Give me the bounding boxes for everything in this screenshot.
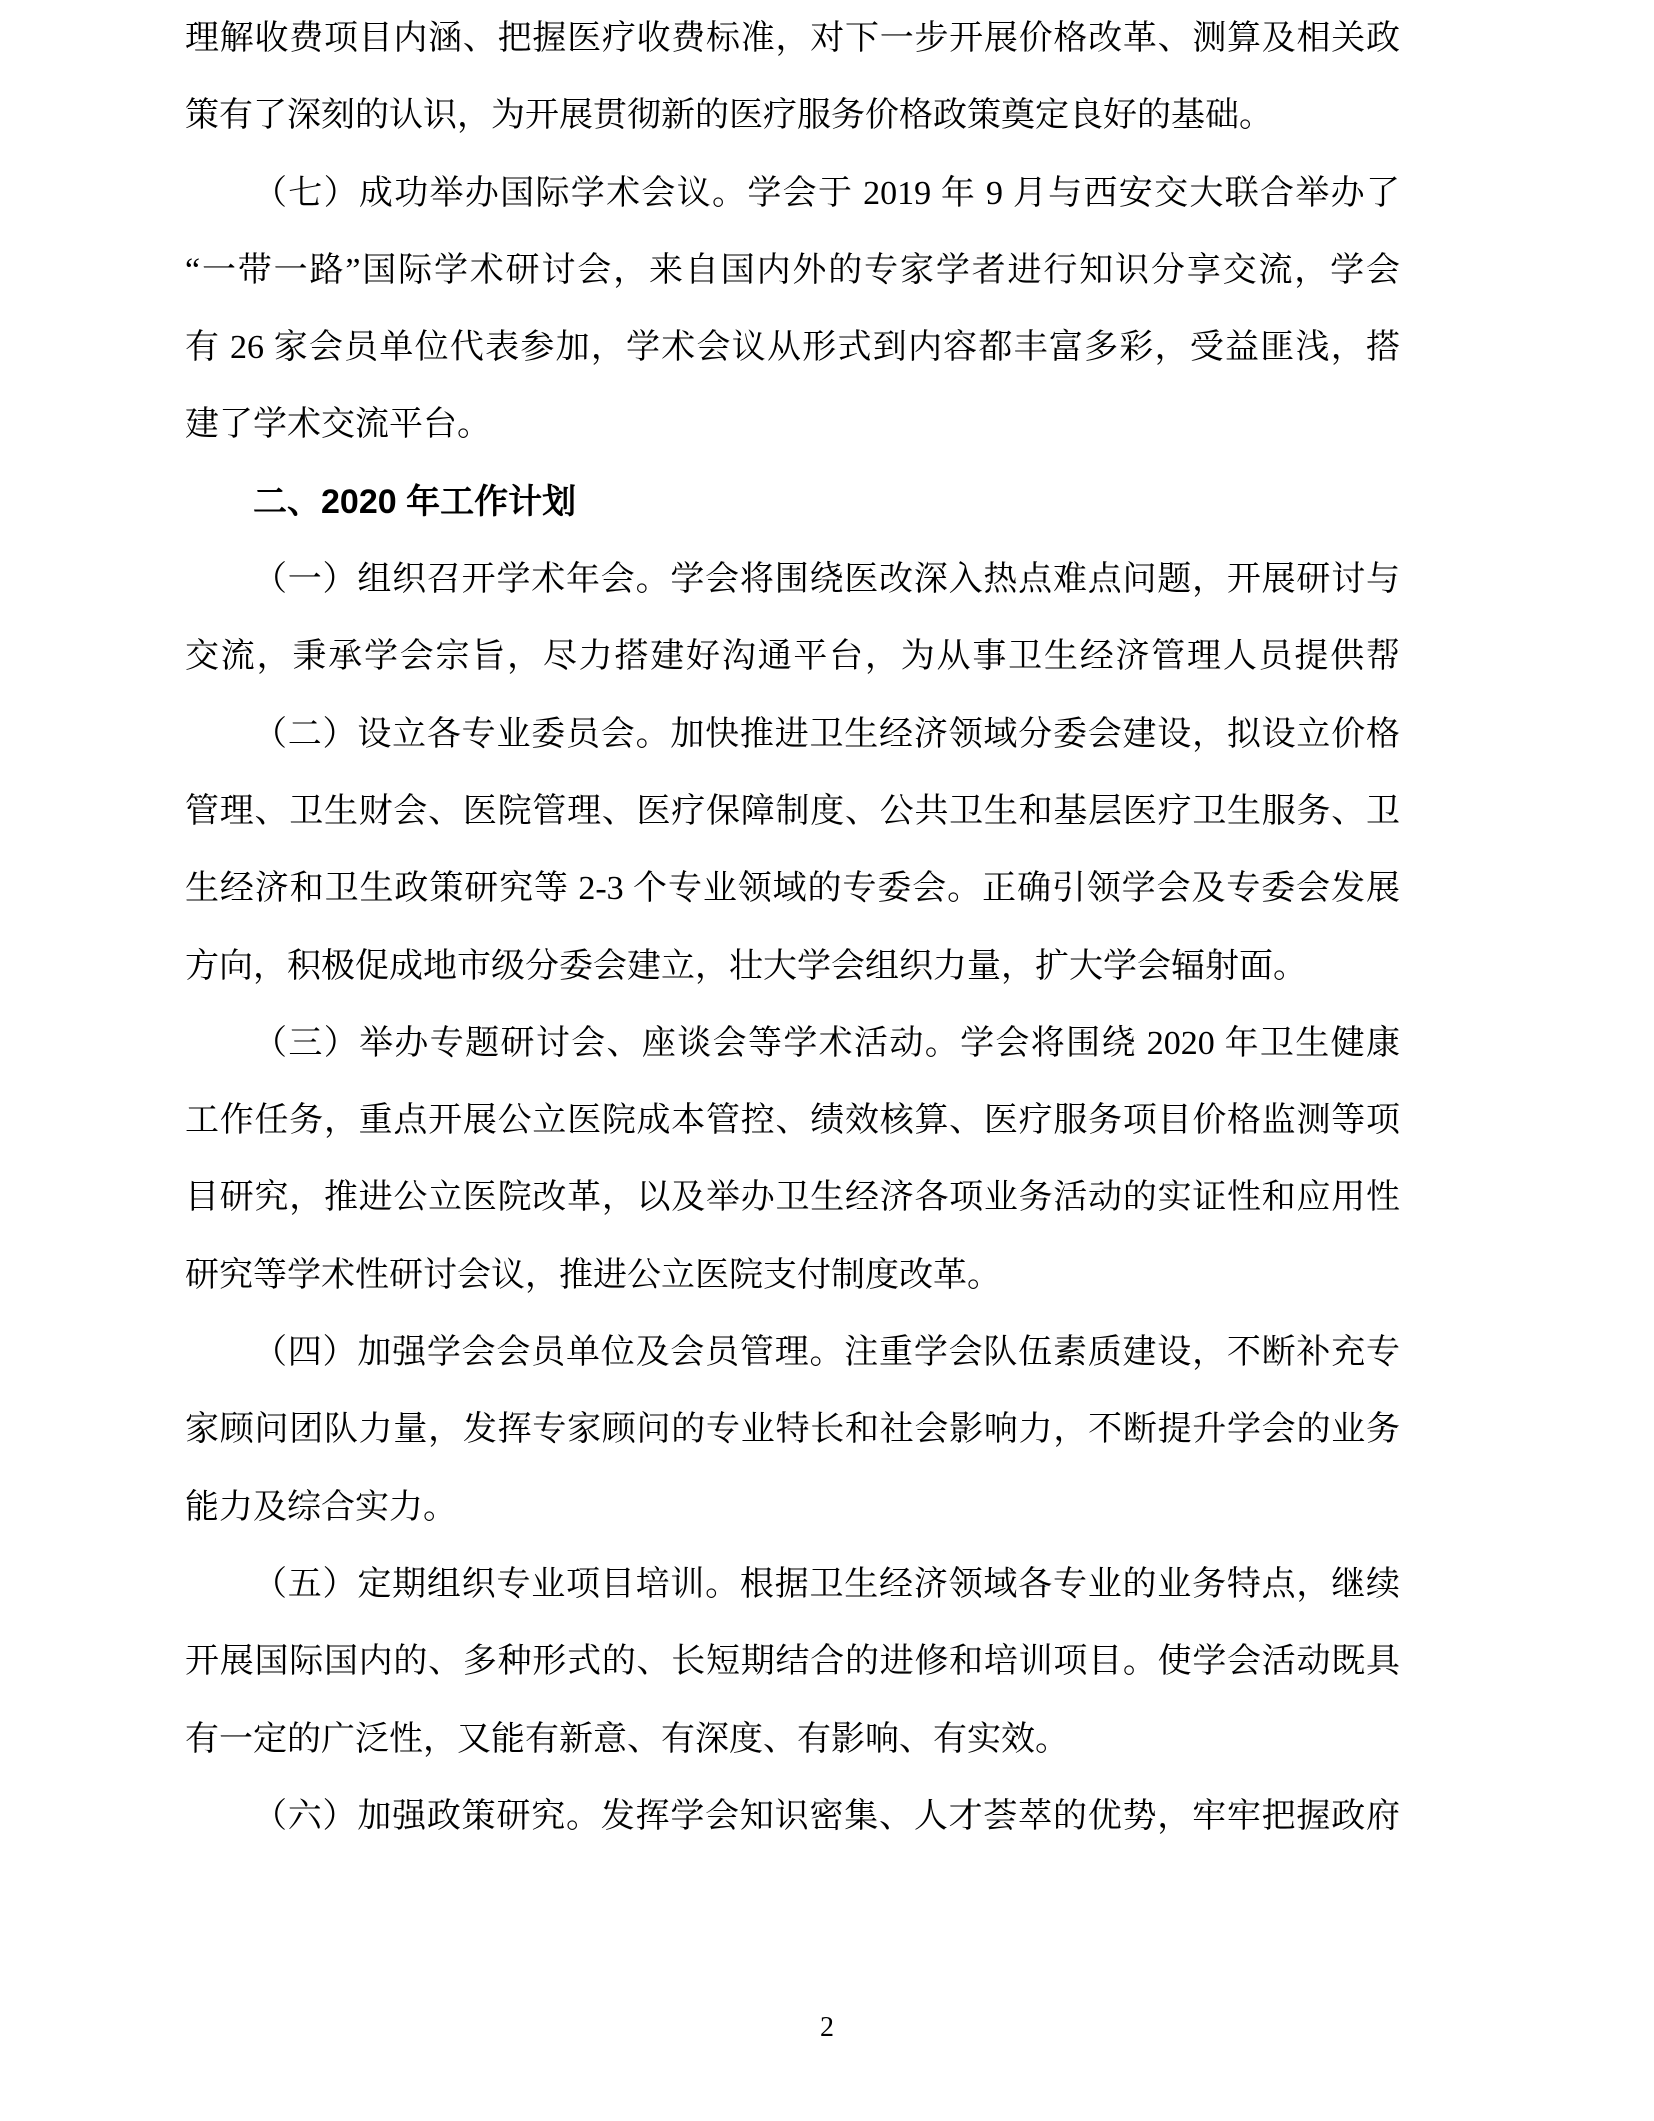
text-line: 家顾问团队力量，发挥专家顾问的专业特长和社会影响力，不断提升学会的业务 <box>185 1391 1400 1468</box>
text-line: 管理、卫生财会、医院管理、医疗保障制度、公共卫生和基层医疗卫生服务、卫 <box>185 773 1400 850</box>
text-line: （七）成功举办国际学术会议。学会于 2019 年 9 月与西安交大联合举办了 <box>185 155 1400 232</box>
section-heading: 二、2020 年工作计划 <box>185 464 1400 541</box>
text-line: 理解收费项目内涵、把握医疗收费标准，对下一步开展价格改革、测算及相关政 <box>185 0 1400 77</box>
text-line: （三）举办专题研讨会、座谈会等学术活动。学会将围绕 2020 年卫生健康 <box>185 1005 1400 1082</box>
text-line: 开展国际国内的、多种形式的、长短期结合的进修和培训项目。使学会活动既具 <box>185 1623 1400 1700</box>
text-line: （一）组织召开学术年会。学会将围绕医改深入热点难点问题，开展研讨与 <box>185 541 1400 618</box>
text-line: （二）设立各专业委员会。加快推进卫生经济领域分委会建设，拟设立价格 <box>185 696 1400 773</box>
text-line: 建了学术交流平台。 <box>185 386 1400 463</box>
text-line: 能力及综合实力。 <box>185 1469 1400 1546</box>
text-line: 研究等学术性研讨会议，推进公立医院支付制度改革。 <box>185 1237 1400 1314</box>
text-line: 交流，秉承学会宗旨，尽力搭建好沟通平台，为从事卫生经济管理人员提供帮助。 <box>185 618 1400 695</box>
text-line: “一带一路”国际学术研讨会，来自国内外的专家学者进行知识分享交流，学会 <box>185 232 1400 309</box>
document-body: 理解收费项目内涵、把握医疗收费标准，对下一步开展价格改革、测算及相关政策有了深刻… <box>185 0 1400 1855</box>
text-line: （五）定期组织专业项目培训。根据卫生经济领域各专业的业务特点，继续 <box>185 1546 1400 1623</box>
text-line: 策有了深刻的认识，为开展贯彻新的医疗服务价格政策奠定良好的基础。 <box>185 77 1400 154</box>
text-line: 方向，积极促成地市级分委会建立，壮大学会组织力量，扩大学会辐射面。 <box>185 928 1400 1005</box>
text-line: 生经济和卫生政策研究等 2-3 个专业领域的专委会。正确引领学会及专委会发展 <box>185 850 1400 927</box>
text-line: 有 26 家会员单位代表参加，学术会议从形式到内容都丰富多彩，受益匪浅，搭 <box>185 309 1400 386</box>
text-line: 目研究，推进公立医院改革，以及举办卫生经济各项业务活动的实证性和应用性 <box>185 1159 1400 1236</box>
text-line: （四）加强学会会员单位及会员管理。注重学会队伍素质建设，不断补充专 <box>185 1314 1400 1391</box>
page-number: 2 <box>0 2012 1654 2044</box>
document-page: 理解收费项目内涵、把握医疗收费标准，对下一步开展价格改革、测算及相关政策有了深刻… <box>0 0 1654 2121</box>
text-line: 有一定的广泛性，又能有新意、有深度、有影响、有实效。 <box>185 1701 1400 1778</box>
text-line: 工作任务，重点开展公立医院成本管控、绩效核算、医疗服务项目价格监测等项 <box>185 1082 1400 1159</box>
text-line: （六）加强政策研究。发挥学会知识密集、人才荟萃的优势，牢牢把握政府 <box>185 1778 1400 1855</box>
